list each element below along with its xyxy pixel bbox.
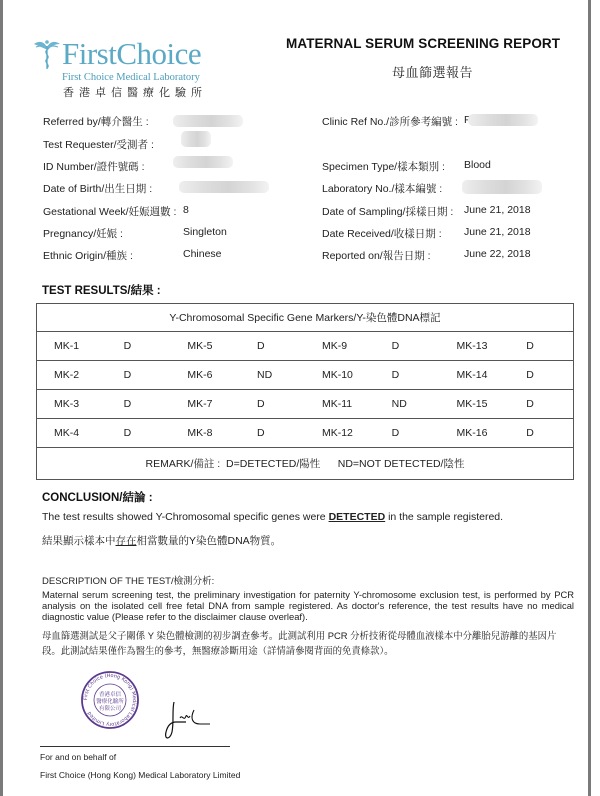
description-text-cn: 母血篩選測試是父子關係 Y 染色體檢測的初步調查參考。此測試利用 PCR 分析技… xyxy=(42,628,574,658)
marker-name: MK-15 xyxy=(440,390,527,419)
marker-name: MK-6 xyxy=(170,361,257,390)
redacted-value xyxy=(468,114,538,126)
marker-name: MK-13 xyxy=(440,332,527,361)
marker-result: D xyxy=(257,332,305,361)
info-label: Specimen Type/樣本類別 : xyxy=(322,159,445,174)
info-value: June 22, 2018 xyxy=(464,248,531,260)
marker-name: MK-14 xyxy=(440,361,527,390)
info-value: Chinese xyxy=(183,248,222,260)
marker-name: MK-11 xyxy=(305,390,392,419)
marker-name: MK-8 xyxy=(170,419,257,448)
info-label: Referred by/轉介醫生 : xyxy=(43,114,149,129)
svg-text:香港卓信: 香港卓信 xyxy=(99,690,122,698)
info-row-ethnic-origin: Ethnic Origin/種族 : Chinese xyxy=(43,248,343,262)
redacted-value xyxy=(179,181,269,193)
marker-result: D xyxy=(124,361,171,390)
info-value: June 21, 2018 xyxy=(464,226,531,238)
info-label: Reported on/報告日期 : xyxy=(322,248,431,263)
logo-brand: FirstChoice xyxy=(62,38,201,70)
info-row-pregnancy: Pregnancy/妊娠 : Singleton xyxy=(43,226,343,240)
conclusion-text-after: in the sample registered. xyxy=(385,511,503,523)
conclusion-cn-after: 相當數量的Y染色體DNA物質。 xyxy=(137,535,282,547)
info-value: Singleton xyxy=(183,226,227,238)
info-label: Laboratory No./樣本編號 : xyxy=(322,181,442,196)
patient-info-right: Clinic Ref No./診所參考編號 : F Specimen Type/… xyxy=(322,114,582,264)
info-row-reported-on: Reported on/報告日期 : June 22, 2018 xyxy=(322,248,600,262)
conclusion-cn-emphasis: 存在 xyxy=(116,535,137,547)
info-row-laboratory-no: Laboratory No./樣本編號 : xyxy=(322,181,600,195)
info-row-specimen-type: Specimen Type/樣本類別 : Blood xyxy=(322,159,600,173)
marker-result: D xyxy=(526,332,573,361)
caduceus-icon xyxy=(32,38,62,70)
marker-result: D xyxy=(257,390,305,419)
marker-result: ND xyxy=(392,390,440,419)
marker-name: MK-1 xyxy=(37,332,124,361)
info-row-clinic-ref: Clinic Ref No./診所參考編號 : F xyxy=(322,114,600,128)
table-body: MK-1DMK-5DMK-9DMK-13DMK-2DMK-6NDMK-10DMK… xyxy=(37,332,574,448)
info-row-referred-by: Referred by/轉介醫生 : xyxy=(43,114,343,128)
info-label: ID Number/證件號碼 : xyxy=(43,159,145,174)
info-label: Date of Sampling/採樣日期 : xyxy=(322,204,453,219)
test-results-heading: TEST RESULTS/結果 : xyxy=(42,282,161,298)
table-remark-row: REMARK/備註 : D=DETECTED/陽性 ND=NOT DETECTE… xyxy=(37,448,574,480)
table-remark: REMARK/備註 : D=DETECTED/陽性 ND=NOT DETECTE… xyxy=(37,448,574,480)
marker-result: D xyxy=(392,332,440,361)
table-row: MK-2DMK-6NDMK-10DMK-14D xyxy=(37,361,574,390)
info-row-date-received: Date Received/收樣日期 : June 21, 2018 xyxy=(322,226,600,240)
redacted-value xyxy=(462,180,542,194)
info-label: Pregnancy/妊娠 : xyxy=(43,226,123,241)
info-value: June 21, 2018 xyxy=(464,204,531,216)
svg-text:醫療化驗所: 醫療化驗所 xyxy=(96,697,124,705)
logo-chinese-name: 香港卓信醫療化驗所 xyxy=(63,84,207,100)
marker-result: D xyxy=(392,361,440,390)
marker-result: D xyxy=(526,390,573,419)
conclusion-text: The test results showed Y-Chromosomal sp… xyxy=(42,511,503,523)
info-label: Test Requester/受測者 : xyxy=(43,137,154,152)
table-title: Y-Chromosomal Specific Gene Markers/Y-染色… xyxy=(37,304,574,332)
marker-result: D xyxy=(124,332,171,361)
company-seal-icon: First Choice (Hong Kong) Medical Laborat… xyxy=(80,670,140,730)
info-label: Gestational Week/妊娠週數 : xyxy=(43,204,176,219)
marker-name: MK-9 xyxy=(305,332,392,361)
marker-result: D xyxy=(526,419,573,448)
report-title: MATERNAL SERUM SCREENING REPORT xyxy=(286,36,560,51)
marker-result: ND xyxy=(257,361,305,390)
marker-result: D xyxy=(124,419,171,448)
redacted-value xyxy=(173,115,243,127)
lab-logo: FirstChoice First Choice Medical Laborat… xyxy=(30,36,210,100)
report-title-cn: 母血篩選報告 xyxy=(392,62,473,81)
marker-name: MK-5 xyxy=(170,332,257,361)
info-row-test-requester: Test Requester/受測者 : xyxy=(43,137,343,151)
info-label: Date Received/收樣日期 : xyxy=(322,226,442,241)
results-table: Y-Chromosomal Specific Gene Markers/Y-染色… xyxy=(36,303,574,480)
info-value: 8 xyxy=(183,204,189,216)
table-row: MK-3DMK-7DMK-11NDMK-15D xyxy=(37,390,574,419)
signature-company: First Choice (Hong Kong) Medical Laborat… xyxy=(40,770,240,780)
conclusion-cn-before: 結果顯示樣本中 xyxy=(42,535,116,547)
conclusion-heading: CONCLUSION/結論 : xyxy=(42,489,153,505)
info-row-gestational-week: Gestational Week/妊娠週數 : 8 xyxy=(43,204,343,218)
marker-name: MK-10 xyxy=(305,361,392,390)
svg-text:有限公司: 有限公司 xyxy=(99,704,122,712)
info-row-id-number: ID Number/證件號碼 : xyxy=(43,159,343,173)
marker-result: D xyxy=(392,419,440,448)
marker-result: D xyxy=(257,419,305,448)
signature-icon xyxy=(160,700,220,742)
marker-name: MK-7 xyxy=(170,390,257,419)
info-label: Ethnic Origin/種族 : xyxy=(43,248,133,263)
info-value: Blood xyxy=(464,159,491,171)
redacted-value xyxy=(173,156,233,168)
logo-subtitle: First Choice Medical Laboratory xyxy=(62,72,200,83)
marker-name: MK-2 xyxy=(37,361,124,390)
info-label: Date of Birth/出生日期 : xyxy=(43,181,152,196)
conclusion-text-cn: 結果顯示樣本中存在相當數量的Y染色體DNA物質。 xyxy=(42,533,281,548)
marker-name: MK-16 xyxy=(440,419,527,448)
marker-name: MK-4 xyxy=(37,419,124,448)
signature-line xyxy=(40,746,230,747)
info-row-date-of-birth: Date of Birth/出生日期 : xyxy=(43,181,343,195)
redacted-value xyxy=(181,131,211,147)
info-label: Clinic Ref No./診所參考編號 : xyxy=(322,114,458,129)
conclusion-text-before: The test results showed Y-Chromosomal sp… xyxy=(42,511,329,523)
marker-result: D xyxy=(124,390,171,419)
marker-name: MK-3 xyxy=(37,390,124,419)
page-border-left xyxy=(0,0,3,796)
marker-name: MK-12 xyxy=(305,419,392,448)
patient-info-left: Referred by/轉介醫生 : Test Requester/受測者 : … xyxy=(43,114,303,264)
table-row: MK-4DMK-8DMK-12DMK-16D xyxy=(37,419,574,448)
info-row-date-of-sampling: Date of Sampling/採樣日期 : June 21, 2018 xyxy=(322,204,600,218)
conclusion-emphasis: DETECTED xyxy=(329,511,386,523)
signature-behalf: For and on behalf of xyxy=(40,752,116,762)
description-text: Maternal serum screening test, the preli… xyxy=(42,589,574,623)
description-heading: DESCRIPTION OF THE TEST/檢測分析: xyxy=(42,573,214,587)
table-header-row: Y-Chromosomal Specific Gene Markers/Y-染色… xyxy=(37,304,574,332)
marker-result: D xyxy=(526,361,573,390)
table-row: MK-1DMK-5DMK-9DMK-13D xyxy=(37,332,574,361)
